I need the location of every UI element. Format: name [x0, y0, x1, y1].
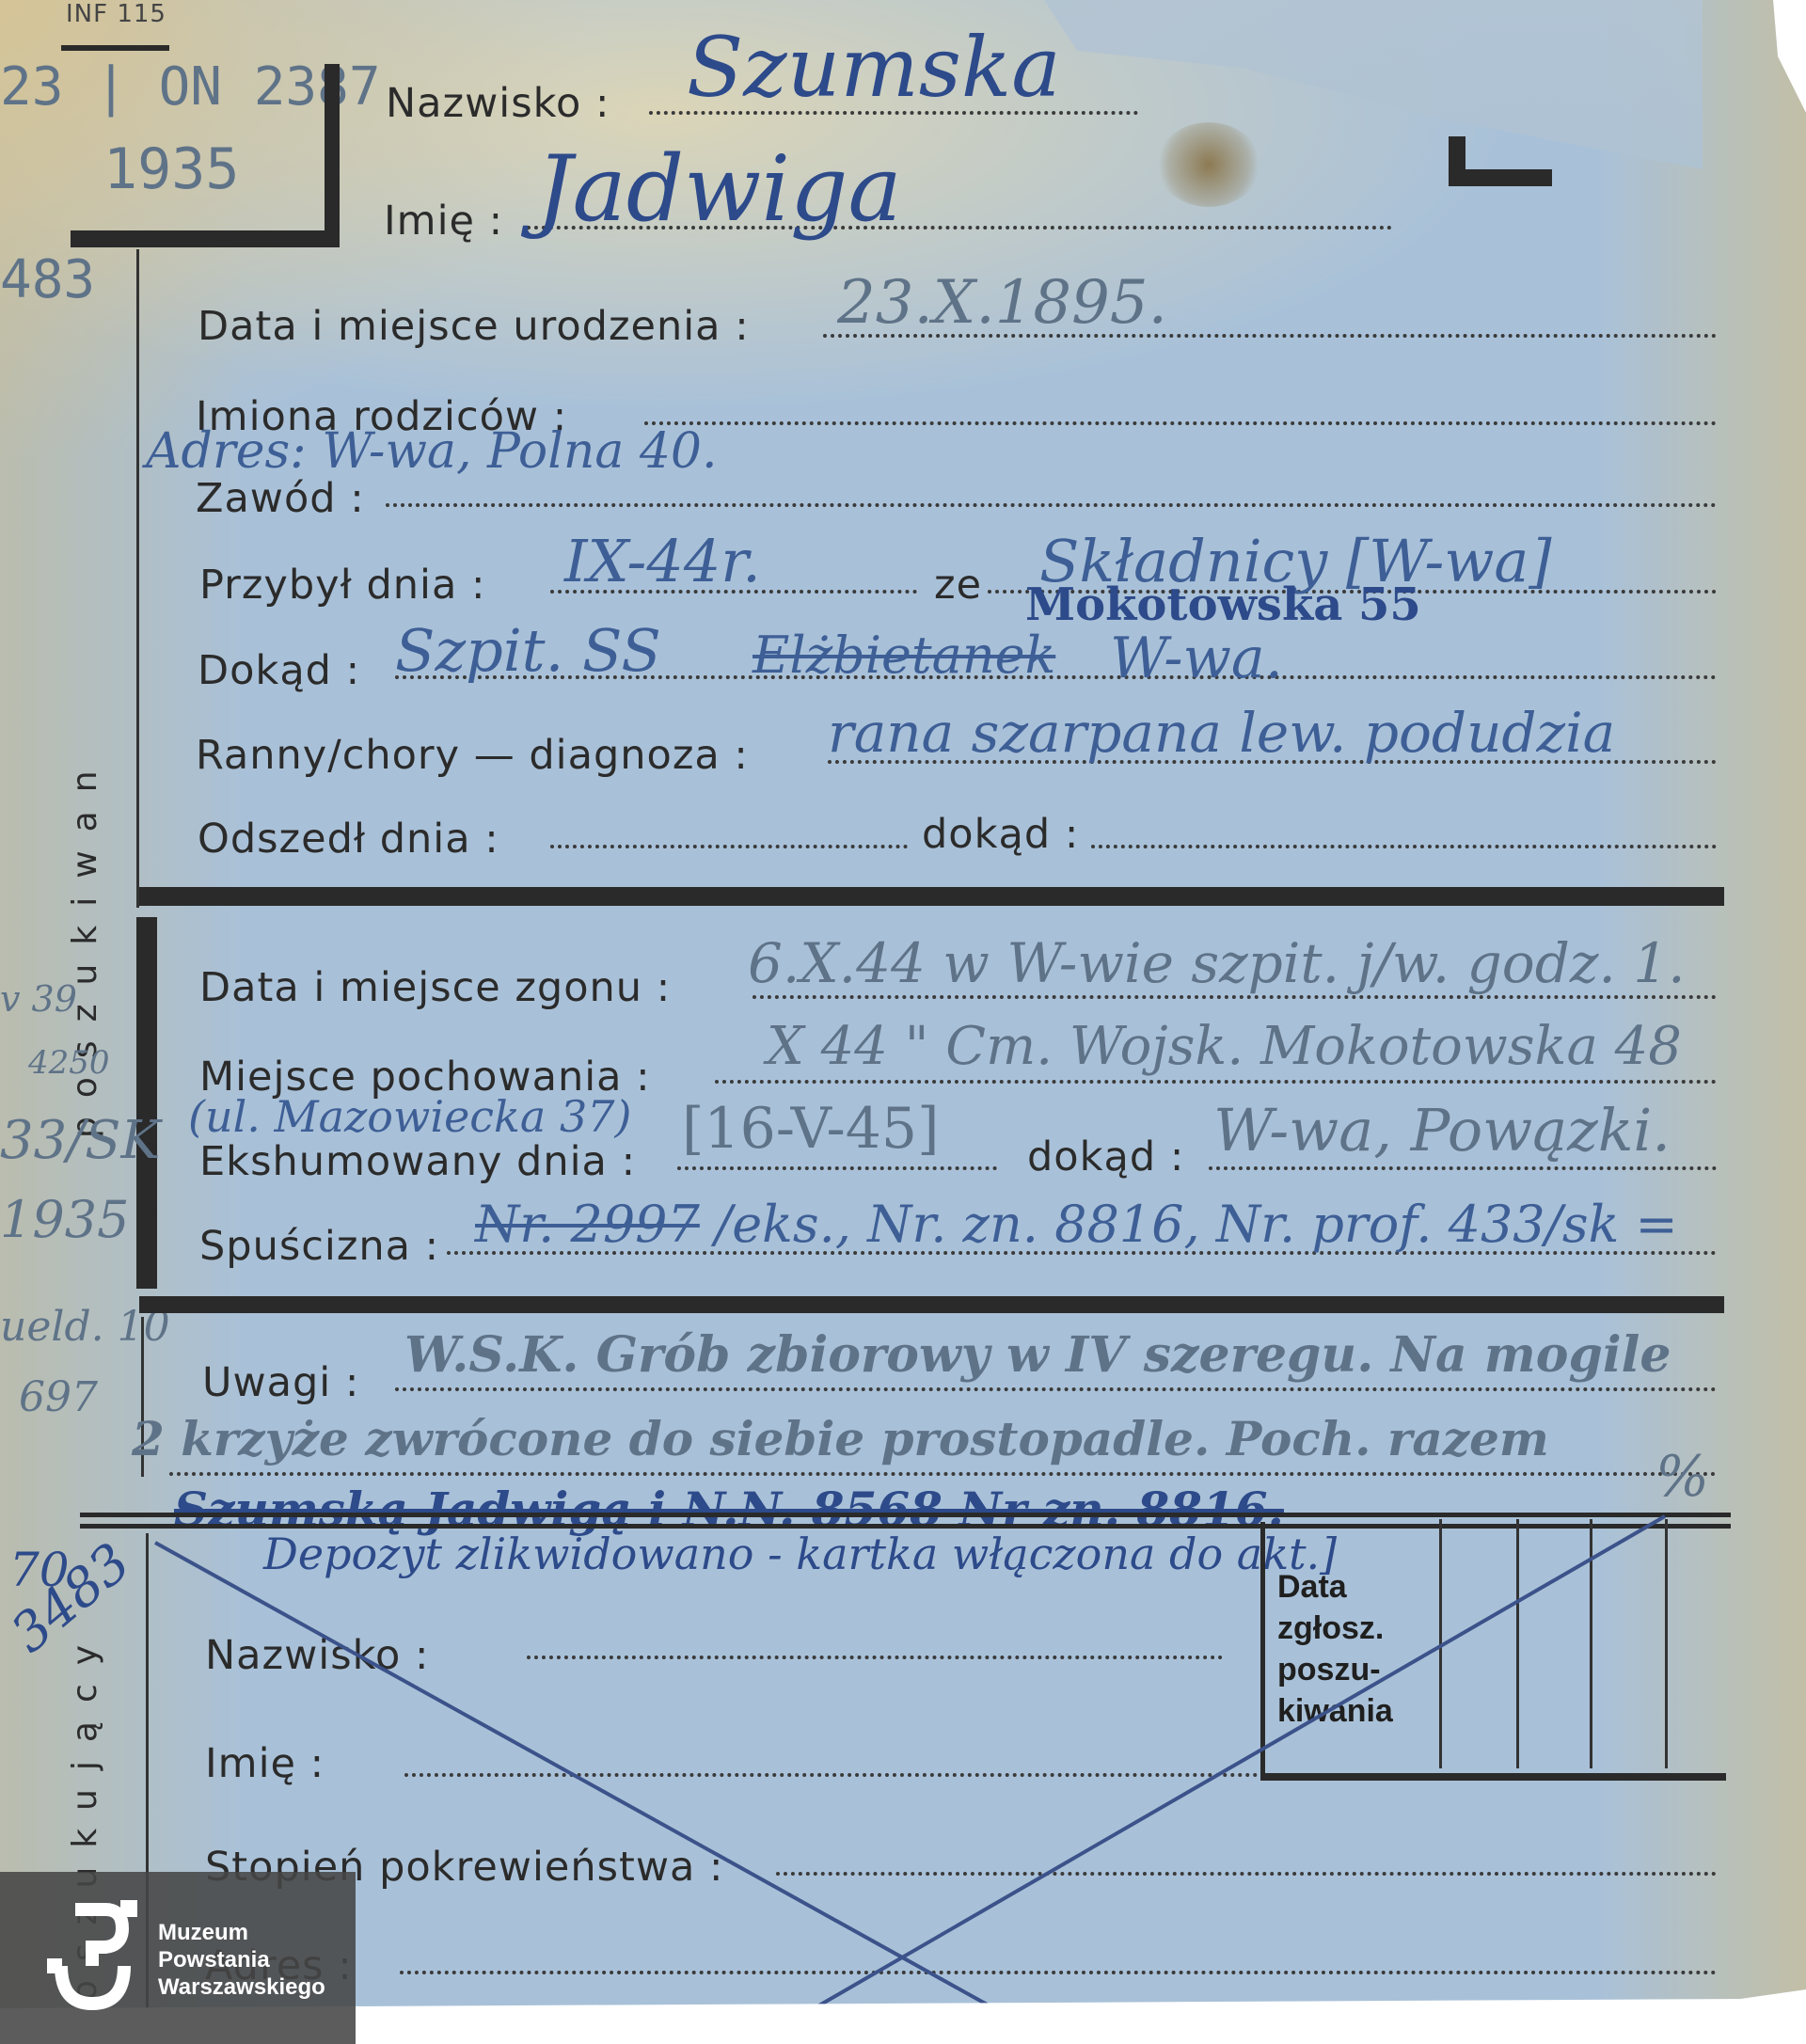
- kotwica-anchor-icon: [47, 1900, 141, 2013]
- cross-out-mark: [0, 0, 1806, 2044]
- museum-watermark: Muzeum Powstania Warszawskiego: [0, 1872, 356, 2044]
- registration-card: INF 115 23 | ON 2387 1935 483 poszukiwan…: [0, 0, 1806, 2044]
- museum-name: Muzeum Powstania Warszawskiego: [158, 1919, 325, 2001]
